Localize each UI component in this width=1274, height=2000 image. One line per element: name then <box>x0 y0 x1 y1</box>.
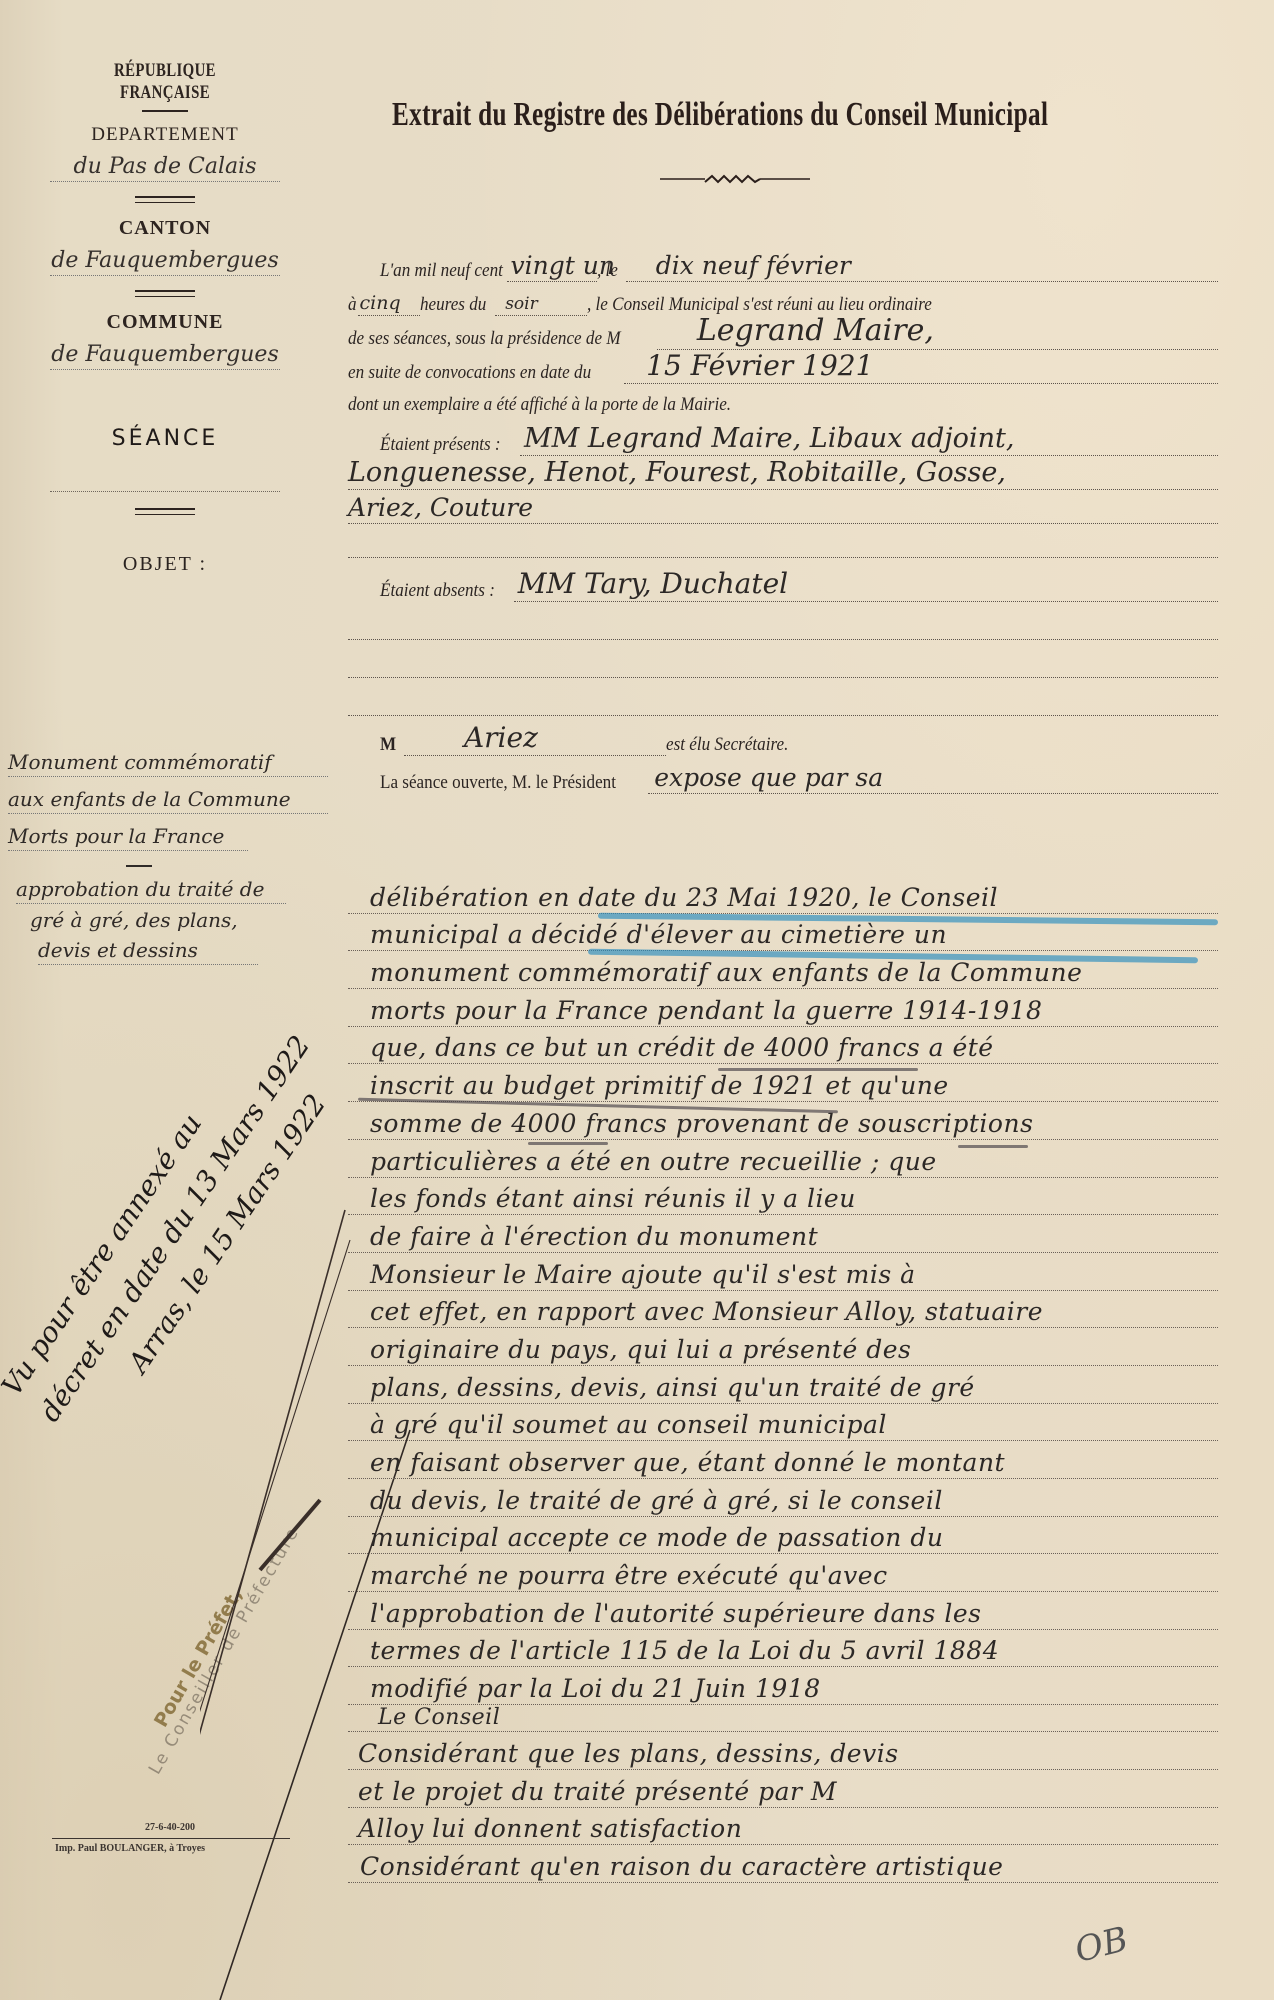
form-row-presents-3: Ariez, Couture <box>348 490 1218 524</box>
printed-text: en suite de convocations en date du <box>348 362 591 384</box>
pencil-underline <box>528 1142 608 1145</box>
body-line: l'approbation de l'autorité supérieure d… <box>348 1592 1218 1630</box>
body-line: que, dans ce but un crédit de 4000 franc… <box>348 1027 1218 1065</box>
body-line: les fonds étant ainsi réunis il y a lieu <box>348 1178 1218 1216</box>
presents-label: Étaient présents : <box>380 434 501 456</box>
body-line: plans, dessins, devis, ainsi qu'un trait… <box>348 1366 1218 1404</box>
body-line: originaire du pays, qui lui a présenté d… <box>348 1328 1218 1366</box>
canton-label: CANTON <box>40 217 290 240</box>
form-row-presents-2: Longuenesse, Henot, Fourest, Robitaille,… <box>348 456 1218 490</box>
objet-label: OBJET : <box>40 553 290 576</box>
commune-value: de Fauquembergues <box>50 342 280 370</box>
date-field: dix neuf février <box>626 253 1218 282</box>
printed-text: M <box>380 734 396 756</box>
printed-text: à <box>348 294 357 316</box>
period-field: soir <box>495 287 587 316</box>
objet-line: approbation du traité de <box>16 867 286 904</box>
printed-text: La séance ouverte, M. le Président <box>380 772 616 794</box>
absents-field: MM Tary, Duchatel <box>514 573 1218 602</box>
body-line: particulières a été en outre recueillie … <box>348 1140 1218 1178</box>
form-row-hour: à cinq heures du soir , le Conseil Munic… <box>348 282 1218 316</box>
body-line: Le Conseil <box>348 1705 1218 1732</box>
double-divider <box>135 196 195 203</box>
imprint-rule <box>52 1838 290 1839</box>
body-line: modifié par la Loi du 21 Juin 1918 <box>348 1667 1218 1705</box>
divider <box>142 110 188 112</box>
printed-text: heures du <box>420 294 486 316</box>
blank-line <box>348 529 1218 558</box>
form-row-date: L'an mil neuf cent vingt un , le dix neu… <box>348 246 1218 282</box>
objet-line: aux enfants de la Commune <box>8 777 328 814</box>
objet-line: gré à gré, des plans, <box>30 904 328 934</box>
form-row-blank <box>348 602 1218 640</box>
printer-imprint: Imp. Paul BOULANGER, à Troyes <box>55 1843 205 1854</box>
body-line: du devis, le traité de gré à gré, si le … <box>348 1479 1218 1517</box>
body-line: à gré qu'il soumet au conseil municipal <box>348 1404 1218 1442</box>
president-field: Legrand Maire, <box>657 321 1218 350</box>
seance-line <box>50 491 280 492</box>
ornament-icon <box>660 173 810 185</box>
form-row-absents: Étaient absents : MM Tary, Duchatel <box>380 558 1218 602</box>
imprint-code: 27-6-40-200 <box>120 1822 220 1833</box>
double-divider <box>135 290 195 297</box>
form-row-blank <box>348 678 1218 716</box>
presents-field: Ariez, Couture <box>348 495 1218 524</box>
corner-initials: OB <box>1071 1919 1132 1971</box>
year-field: vingt un <box>507 253 597 282</box>
hour-field: cinq <box>358 287 420 316</box>
body-line: municipal accepte ce mode de passation d… <box>348 1517 1218 1555</box>
body-line: somme de 4000 francs provenant de souscr… <box>348 1102 1218 1140</box>
departement-label: DEPARTEMENT <box>40 124 290 146</box>
objet-line: Monument commémoratif <box>8 740 328 777</box>
departement-value: du Pas de Calais <box>50 154 280 182</box>
objet-line: devis et dessins <box>38 934 258 965</box>
document-title: Extrait du Registre des Délibérations du… <box>392 96 984 134</box>
margin-column: RÉPUBLIQUE FRANÇAISE DEPARTEMENT du Pas … <box>40 60 290 576</box>
form-row-secretaire: M Ariez est élu Secrétaire. <box>380 716 1218 756</box>
body-line: marché ne pourra être exécuté qu'avec <box>348 1554 1218 1592</box>
presents-field: MM Legrand Maire, Libaux adjoint, <box>520 427 1218 456</box>
absents-label: Étaient absents : <box>380 580 495 602</box>
form-row-affiche: dont un exemplaire a été affiché à la po… <box>348 384 1218 416</box>
pencil-underline <box>718 1068 918 1071</box>
canton-value: de Fauquembergues <box>50 248 280 276</box>
form-row-blank <box>348 524 1218 558</box>
secretaire-field: Ariez <box>404 727 666 756</box>
body-line: délibération en date du 23 Mai 1920, le … <box>348 876 1218 914</box>
printed-text: , le <box>597 260 618 282</box>
expose-field: expose que par sa <box>648 765 1218 794</box>
body-line: en faisant observer que, étant donné le … <box>348 1441 1218 1479</box>
printed-text: de ses séances, sous la présidence de M <box>348 328 621 350</box>
body-line: Considérant que les plans, dessins, devi… <box>348 1732 1218 1770</box>
printed-text: L'an mil neuf cent <box>380 260 503 282</box>
form-row-convocation: en suite de convocations en date du 15 F… <box>348 350 1218 384</box>
body-line: termes de l'article 115 de la Loi du 5 a… <box>348 1630 1218 1668</box>
objet-text: Monument commémoratif aux enfants de la … <box>8 740 328 965</box>
commune-label: COMMUNE <box>40 311 290 334</box>
form-row-seance: La séance ouverte, M. le Président expos… <box>380 756 1218 794</box>
republique-heading: RÉPUBLIQUE FRANÇAISE <box>68 60 263 104</box>
objet-line: Morts pour la France <box>8 814 248 851</box>
presents-field: Longuenesse, Henot, Fourest, Robitaille,… <box>348 461 1218 490</box>
convocation-date-field: 15 Février 1921 <box>624 355 1218 384</box>
deliberation-body: délibération en date du 23 Mai 1920, le … <box>348 876 1218 1883</box>
double-divider <box>135 508 195 515</box>
session-form: L'an mil neuf cent vingt un , le dix neu… <box>348 246 1218 794</box>
body-line: Considérant qu'en raison du caractère ar… <box>348 1845 1218 1883</box>
body-line: Monsieur le Maire ajoute qu'il s'est mis… <box>348 1253 1218 1291</box>
printed-text: est élu Secrétaire. <box>666 734 788 756</box>
body-line: et le projet du traité présenté par M <box>348 1770 1218 1808</box>
register-page: RÉPUBLIQUE FRANÇAISE DEPARTEMENT du Pas … <box>0 0 1274 2000</box>
form-row-blank <box>348 640 1218 678</box>
body-line: de faire à l'érection du monument <box>348 1215 1218 1253</box>
printed-text: dont un exemplaire a été affiché à la po… <box>348 394 731 416</box>
seance-label: SÉANCE <box>40 426 290 451</box>
form-row-president: de ses séances, sous la présidence de M … <box>348 316 1218 350</box>
pencil-underline <box>958 1145 1028 1148</box>
body-line: morts pour la France pendant la guerre 1… <box>348 989 1218 1027</box>
body-line: cet effet, en rapport avec Monsieur Allo… <box>348 1291 1218 1329</box>
form-row-presents: Étaient présents : MM Legrand Maire, Lib… <box>380 416 1218 456</box>
body-line: Alloy lui donnent satisfaction <box>348 1808 1218 1846</box>
